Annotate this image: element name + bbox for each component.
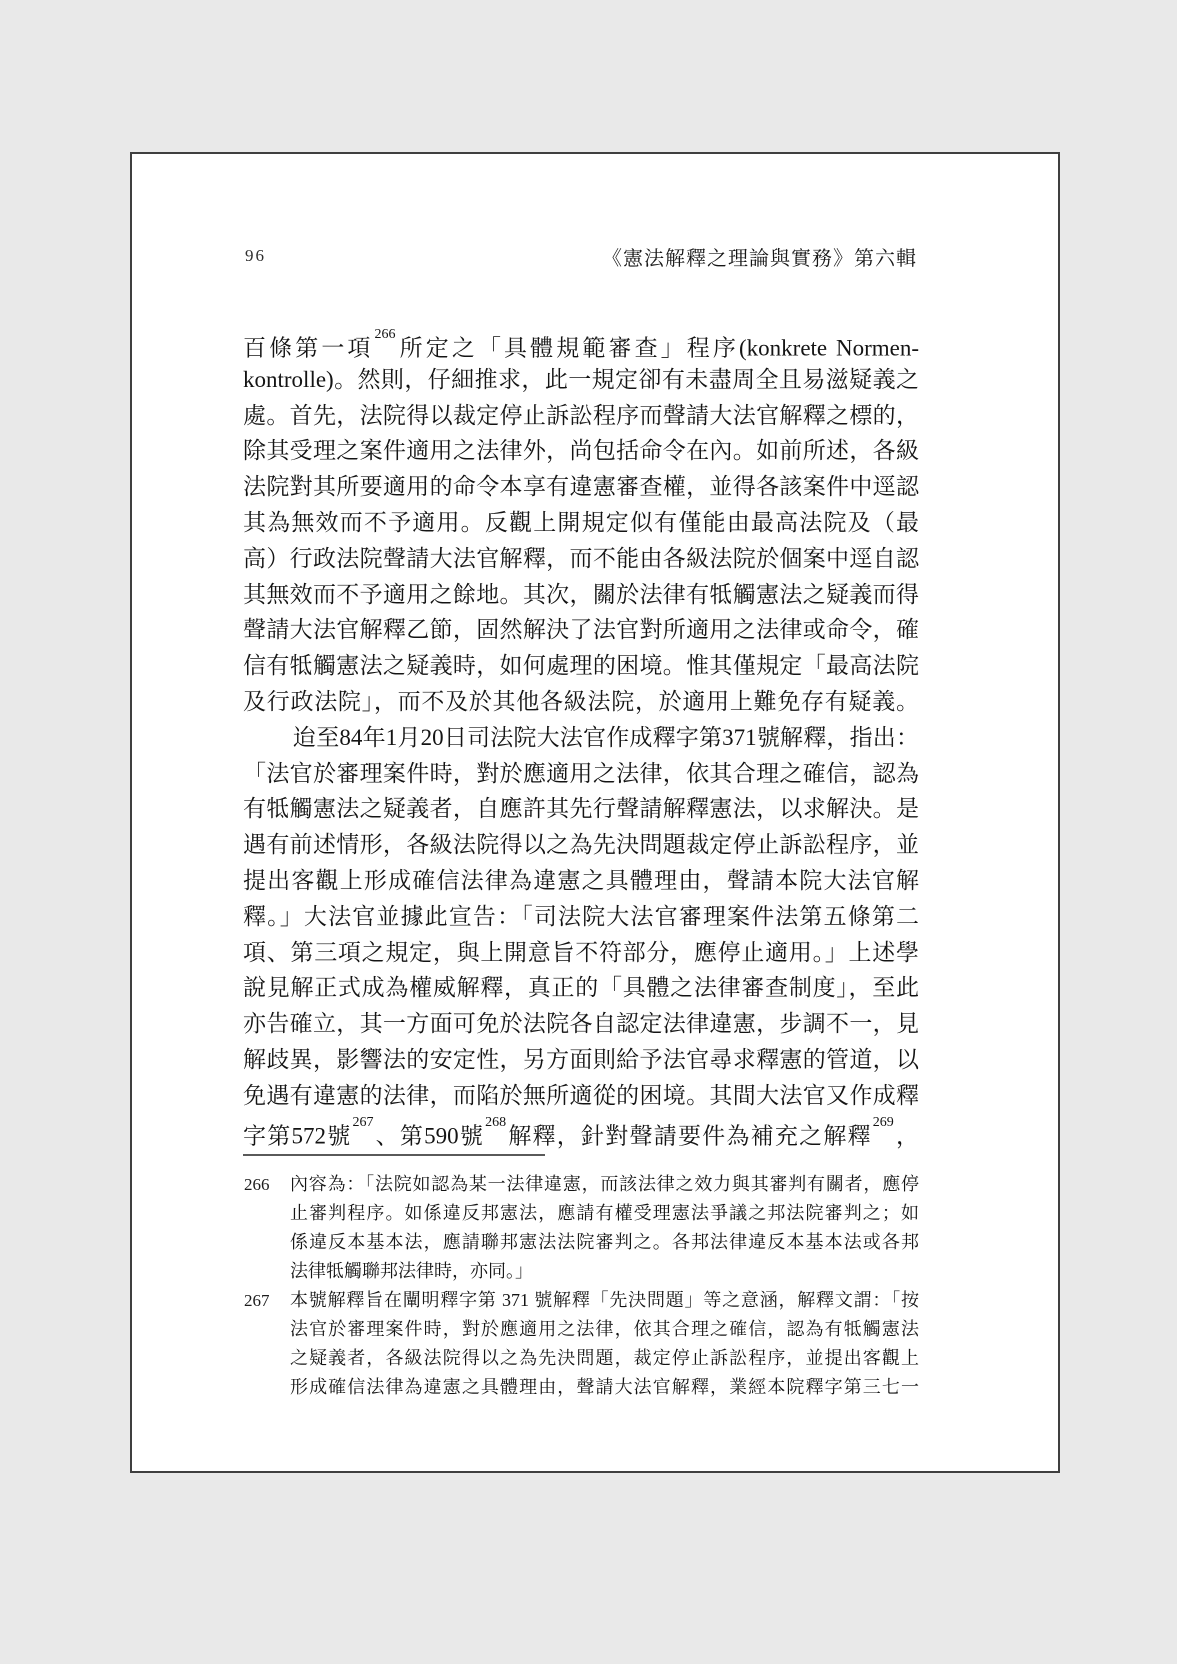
footnote-number: 267	[244, 1286, 270, 1315]
text-line: 說見解正式成為權威解釋，真正的「具體之法律審查制度」，至此	[243, 970, 919, 1006]
text-line: 亦告確立，其一方面可免於法院各自認定法律違憲，步調不一，見	[243, 1006, 919, 1042]
footnote-line: 本號解釋旨在闡明釋字第 371 號解釋「先決問題」等之意涵，解釋文謂：「按	[290, 1286, 919, 1315]
text-line: 釋。」大法官並據此宣告：「司法院大法官審理案件法第五條第二	[243, 899, 919, 935]
footnote-reference: 269	[872, 1115, 895, 1130]
footnote-line: 形成確信法律為違憲之具體理由，聲請大法官解釋，業經本院釋字第三七一	[290, 1373, 919, 1402]
text-line: 聲請大法官解釋乙節，固然解決了法官對所適用之法律或命令，確	[243, 612, 919, 648]
text-line: 提出客觀上形成確信法律為違憲之具體理由，聲請本院大法官解	[243, 863, 919, 899]
footnote-line: 法律牴觸聯邦法律時，亦同。」	[290, 1257, 919, 1286]
footnote-reference: 266	[374, 327, 397, 342]
document-page: 96 《憲法解釋之理論與實務》第六輯 百條第一項266所定之「具體規範審查」程序…	[130, 152, 1060, 1473]
text-line: 其為無效而不予適用。反觀上開規定似有僅能由最高法院及（最	[243, 505, 919, 541]
footnote-reference: 268	[484, 1115, 507, 1130]
text-line: 高）行政法院聲請大法官解釋，而不能由各級法院於個案中逕自認	[243, 541, 919, 577]
running-header-title: 《憲法解釋之理論與實務》第六輯	[602, 242, 917, 271]
footnote-number: 266	[244, 1170, 270, 1199]
text-line: 解歧異，影響法的安定性，另方面則給予法官尋求釋憲的管道，以	[243, 1042, 919, 1078]
text-line: 及行政法院」，而不及於其他各級法院，於適用上難免存有疑義。	[243, 684, 919, 720]
footnote-line: 法官於審理案件時，對於應適用之法律，依其合理之確信，認為有牴觸憲法	[290, 1315, 919, 1344]
text-line: 處。首先，法院得以裁定停止訴訟程序而聲請大法官解釋之標的，	[243, 398, 919, 434]
footnote-line: 係違反本基本法，應請聯邦憲法法院審判之。各邦法律違反本基本法或各邦	[290, 1228, 919, 1257]
text-line: 其無效而不予適用之餘地。其次，關於法律有牴觸憲法之疑義而得	[243, 577, 919, 613]
body-paragraph: 迨至84年1月20日司法院大法官作成釋字第371號解釋，指出：「法官於審理案件時…	[243, 720, 919, 1150]
footnote-line: 內容為：「法院如認為某一法律違憲，而該法律之效力與其審判有關者，應停	[290, 1170, 919, 1199]
footnote-separator	[243, 1154, 545, 1156]
footnote-line: 之疑義者，各級法院得以之為先決問題，裁定停止訴訟程序，並提出客觀上	[290, 1344, 919, 1373]
text-line: 信有牴觸憲法之疑義時，如何處理的困境。惟其僅規定「最高法院	[243, 648, 919, 684]
footnotes: 266內容為：「法院如認為某一法律違憲，而該法律之效力與其審判有關者，應停止審判…	[243, 1170, 919, 1402]
footnote-line: 止審判程序。如係違反邦憲法，應請有權受理憲法爭議之邦法院審判之；如	[290, 1199, 919, 1228]
text-line: 項、第三項之規定，與上開意旨不符部分，應停止適用。」上述學	[243, 935, 919, 971]
text-line: 免遇有違憲的法律，而陷於無所適從的困境。其間大法官又作成釋	[243, 1078, 919, 1114]
text-line: 除其受理之案件適用之法律外，尚包括命令在內。如前所述，各級	[243, 433, 919, 469]
footnote: 266內容為：「法院如認為某一法律違憲，而該法律之效力與其審判有關者，應停止審判…	[243, 1170, 919, 1286]
text-line: 迨至84年1月20日司法院大法官作成釋字第371號解釋，指出：	[243, 720, 919, 756]
text-line: 百條第一項266所定之「具體規範審查」程序(konkrete Normen-	[243, 326, 919, 362]
text-line: 有牴觸憲法之疑義者，自應許其先行聲請解釋憲法，以求解決。是	[243, 791, 919, 827]
footnote-reference: 267	[351, 1115, 374, 1130]
text-line: 字第572號267、第590號268解釋，針對聲請要件為補充之解釋269，	[243, 1114, 919, 1150]
text-line: 遇有前述情形，各級法院得以之為先決問題裁定停止訴訟程序，並	[243, 827, 919, 863]
body-text: 百條第一項266所定之「具體規範審查」程序(konkrete Normen-ko…	[243, 326, 919, 1149]
page-number: 96	[245, 246, 266, 266]
text-line: kontrolle)。然則，仔細推求，此一規定卻有未盡周全且易滋疑義之	[243, 362, 919, 398]
text-line: 「法官於審理案件時，對於應適用之法律，依其合理之確信，認為	[243, 756, 919, 792]
footnote: 267本號解釋旨在闡明釋字第 371 號解釋「先決問題」等之意涵，解釋文謂：「按…	[243, 1286, 919, 1402]
body-paragraph: 百條第一項266所定之「具體規範審查」程序(konkrete Normen-ko…	[243, 326, 919, 720]
text-line: 法院對其所要適用的命令本享有違憲審查權，並得各該案件中逕認	[243, 469, 919, 505]
